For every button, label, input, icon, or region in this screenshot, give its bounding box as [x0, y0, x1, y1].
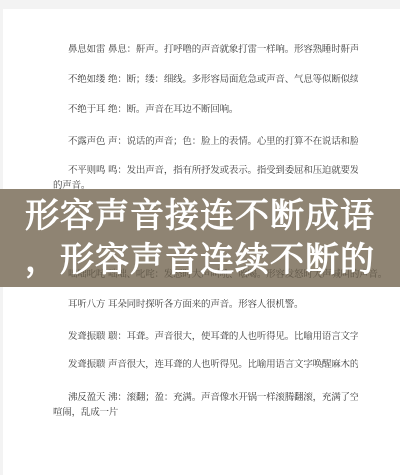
title-banner: 咄咄叱咤 咄咄、叱咤：发怒时大声叫吼、吆喝。形容发怒时大声喊叫的声音。 形容声音… — [0, 189, 400, 287]
idiom-entry: 发聋振聩 声音很大，连耳聋的人也听得见。比喻用语言文字唤醒麻木的人。 — [68, 359, 358, 371]
idiom-entry: 鼻息如雷 鼻息：鼾声。打呼噜的声音就象打雷一样响。形容熟睡时鼾声大作。 — [68, 44, 358, 56]
idiom-entry: 不露声色 声：说话的声音；色：脸上的表情。心里的打算不在说话和脸色上显露出来。 — [68, 136, 358, 148]
idiom-entry: 耳听八方 耳朵同时探听各方面来的声音。形容人很机警。 — [68, 299, 358, 311]
idiom-entry: 不绝如缕 绝：断；缕：细线。多形容局面危急或声音、气息等似断似续，时断时续。 — [68, 74, 358, 86]
idiom-entry-continuation: 喧闹，乱成一片 — [53, 407, 343, 419]
banner-title-line-2: ，形容声音连续不断的 — [0, 240, 400, 280]
banner-title-line-1: 形容声音接连不断成语 — [0, 196, 400, 236]
idiom-entry: 沸反盈天 沸：滚翻；盈：充满。声音像水开锅一样滚腾翻滚，充满了空间。形容人声 — [68, 392, 358, 404]
idiom-entry: 不绝于耳 绝：断。声音在耳边不断回响。 — [68, 104, 358, 116]
idiom-entry: 发聋振聩 聩：耳聋。声音很大，使耳聋的人也听得见。比喻用语言文字唤醒糊涂麻木的人… — [68, 331, 358, 343]
idiom-entry: 不平则鸣 鸣：发出声音，指有所抒发或表示。指受到委屈和压迫就要发出不满和反抗 — [68, 165, 358, 177]
